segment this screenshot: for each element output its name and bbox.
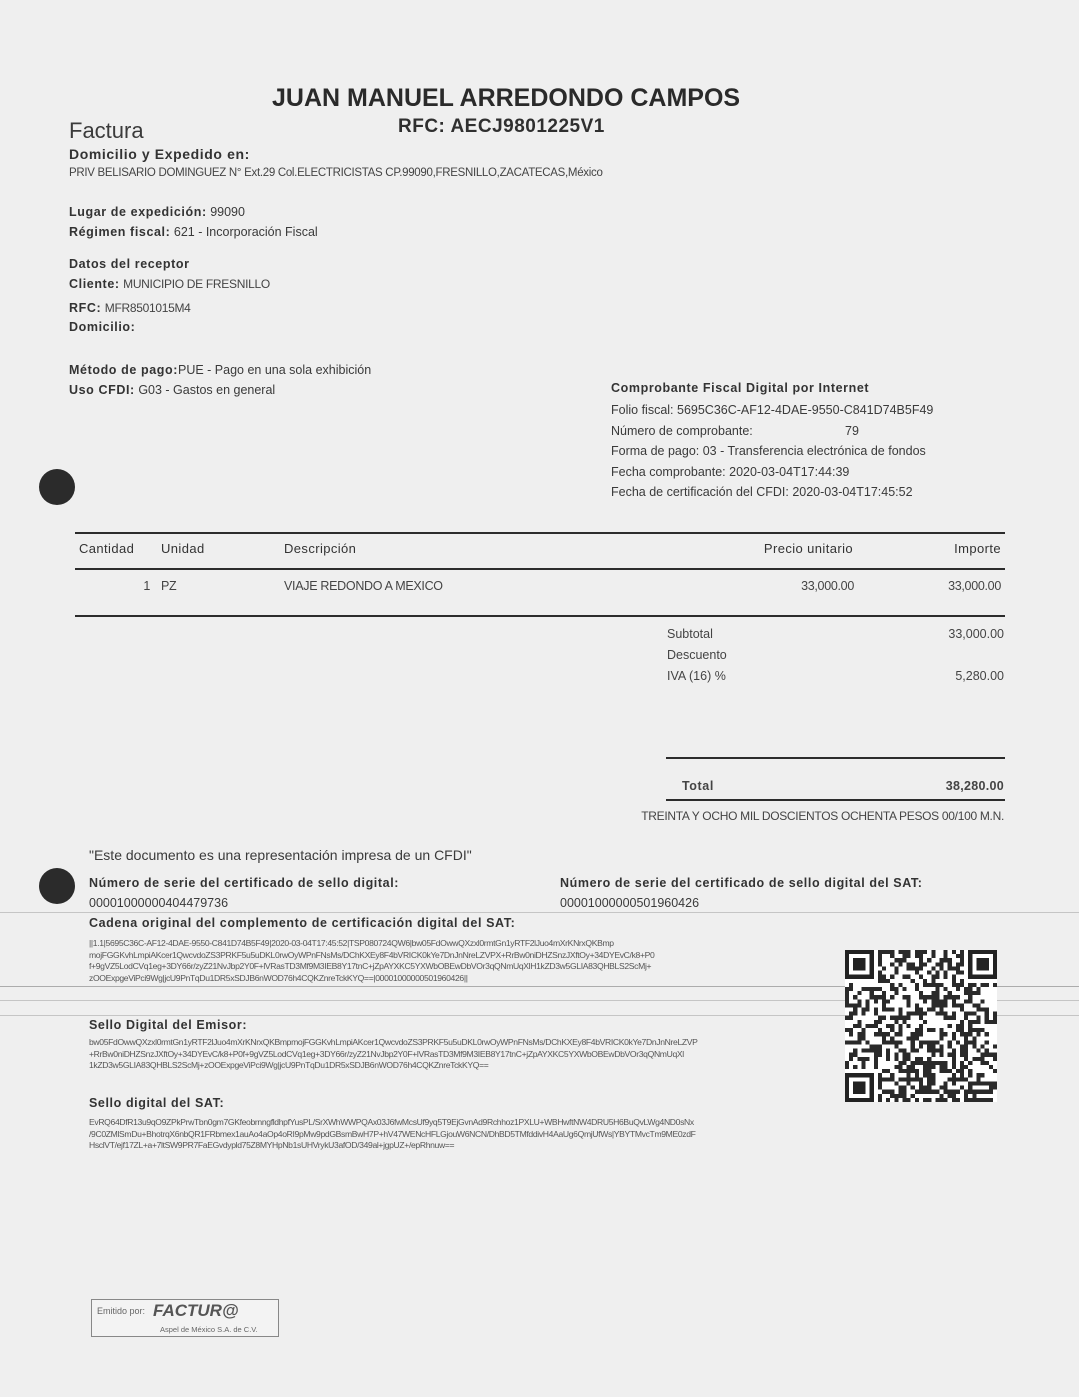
col-header-precio: Precio unitario (764, 541, 853, 556)
domicilio-value: PRIV BELISARIO DOMINGUEZ N° Ext.29 Col.E… (69, 167, 603, 179)
cert-value: 00001000000404479736 (89, 896, 228, 910)
cadena-label: Cadena original del complemento de certi… (89, 916, 515, 930)
cfdi-legend: "Este documento es una representación im… (89, 847, 472, 863)
cfdi-forma-pago: Forma de pago: 03 - Transferencia electr… (611, 444, 926, 458)
uso-value: G03 - Gastos en general (138, 383, 275, 397)
cliente-label: Cliente: (69, 277, 120, 291)
emitido-label: Emitido por: (97, 1306, 145, 1316)
cadena-line: mojFGGKvhLmpiAKcer1QwcvdoZS3PRKF5u5uDKL0… (89, 950, 654, 962)
emisor-rfc: RFC: AECJ9801225V1 (398, 116, 605, 138)
punch-hole-decoration (39, 469, 75, 505)
col-header-importe: Importe (954, 541, 1001, 556)
cert-sat-value: 00001000000501960426 (560, 896, 699, 910)
table-bottom-rule (75, 615, 1005, 617)
total-value: 38,280.00 (946, 779, 1004, 793)
emisor-name: JUAN MANUEL ARREDONDO CAMPOS (272, 84, 740, 113)
table-top-rule (75, 532, 1005, 534)
cell-cantidad: 1 (100, 579, 150, 593)
scan-artifact (0, 912, 1079, 913)
descuento-label: Descuento (667, 648, 727, 662)
cfdi-title: Comprobante Fiscal Digital por Internet (611, 381, 869, 395)
receptor-rfc-value: MFR8501015M4 (105, 301, 191, 315)
facture-sub: Aspel de México S.A. de C.V. (160, 1325, 258, 1334)
sello-emisor: bw05FdOwwQXzxl0rmtGn1yRTF2lJuo4mXrKNrxQK… (89, 1037, 698, 1072)
total-top-rule (666, 757, 1005, 759)
metodo-label: Método de pago: (69, 363, 178, 377)
cell-descripcion: VIAJE REDONDO A MEXICO (284, 579, 443, 593)
sello-emisor-line: bw05FdOwwQXzxl0rmtGn1yRTF2lJuo4mXrKNrxQK… (89, 1037, 698, 1049)
sello-sat-label: Sello digital del SAT: (89, 1096, 224, 1110)
cfdi-folio: Folio fiscal: 5695C36C-AF12-4DAE-9550-C8… (611, 403, 933, 417)
metodo-pago: Método de pago:PUE - Pago en una sola ex… (69, 363, 371, 377)
cert-sat-label: Número de serie del certificado de sello… (560, 876, 923, 890)
sello-emisor-line: +RrBw0niDHZSnzJXftOy+34DYEvC/k8+P0f+9gVZ… (89, 1049, 698, 1061)
receptor-cliente: Cliente: MUNICIPIO DE FRESNILLO (69, 277, 270, 291)
sello-sat: EvRQ64DfR13u9qO9ZPkPrwTbn0gm7GKfeobrnngf… (89, 1117, 696, 1152)
cfdi-numero-label: Número de comprobante: (611, 424, 753, 438)
facture-logo: FACTUR@ (153, 1301, 239, 1321)
receptor-rfc: RFC: MFR8501015M4 (69, 301, 191, 315)
regimen-label: Régimen fiscal: (69, 225, 170, 239)
sello-emisor-label: Sello Digital del Emisor: (89, 1018, 247, 1032)
sello-sat-line: HsclVT/ejf17ZL+a+7ltSW9PR7FaEGvdypld75Z8… (89, 1140, 696, 1152)
col-header-descripcion: Descripción (284, 541, 356, 556)
total-label: Total (682, 779, 714, 793)
uso-label: Uso CFDI: (69, 383, 135, 397)
table-header-rule (75, 568, 1005, 570)
col-header-cantidad: Cantidad (79, 541, 134, 556)
receptor-rfc-label: RFC: (69, 301, 101, 315)
cfdi-numero-value: 79 (845, 424, 859, 438)
lugar-label: Lugar de expedición: (69, 205, 207, 219)
lugar-expedicion: Lugar de expedición: 99090 (69, 205, 245, 219)
metodo-value: PUE - Pago en una sola exhibición (178, 363, 371, 377)
receptor-domicilio-label: Domicilio: (69, 320, 135, 334)
emitido-por-stamp: Emitido por: FACTUR@ Aspel de México S.A… (91, 1299, 279, 1337)
total-en-letra: TREINTA Y OCHO MIL DOSCIENTOS OCHENTA PE… (641, 809, 1004, 823)
subtotal-value: 33,000.00 (948, 627, 1004, 641)
cadena-line: zOOExpgeViPci9Wg|jcU9PnTqDu1DR5xSDJB6nWO… (89, 973, 654, 985)
cell-importe: 33,000.00 (948, 579, 1001, 593)
cfdi-fecha-cert: Fecha de certificación del CFDI: 2020-03… (611, 485, 913, 499)
cell-precio: 33,000.00 (801, 579, 854, 593)
cfdi-fecha: Fecha comprobante: 2020-03-04T17:44:39 (611, 465, 849, 479)
cliente-value: MUNICIPIO DE FRESNILLO (123, 277, 270, 291)
regimen-fiscal: Régimen fiscal: 621 - Incorporación Fisc… (69, 225, 318, 239)
subtotal-label: Subtotal (667, 627, 713, 641)
punch-hole-decoration (39, 868, 75, 904)
uso-cfdi: Uso CFDI: G03 - Gastos en general (69, 383, 275, 397)
cadena-original: ||1.1|5695C36C-AF12-4DAE-9550-C841D74B5F… (89, 938, 654, 984)
doc-type-title: Factura (69, 118, 144, 144)
cadena-line: ||1.1|5695C36C-AF12-4DAE-9550-C841D74B5F… (89, 938, 654, 950)
sello-sat-line: /9C0ZMlSmDu+BhotrqX6nbQR1FRbmex1auAo4aOp… (89, 1129, 696, 1141)
total-bottom-rule (666, 799, 1005, 801)
cell-unidad: PZ (161, 579, 176, 593)
qr-code-icon (845, 950, 997, 1102)
domicilio-label: Domicilio y Expedido en: (69, 146, 250, 162)
cert-label: Número de serie del certificado de sello… (89, 876, 399, 890)
iva-label: IVA (16) % (667, 669, 726, 683)
sello-sat-line: EvRQ64DfR13u9qO9ZPkPrwTbn0gm7GKfeobrnngf… (89, 1117, 696, 1129)
cadena-line: f+9gVZ5LodCVq1eg+3DY66r/zyZ21NvJbp2Y0F+l… (89, 961, 654, 973)
regimen-value: 621 - Incorporación Fiscal (174, 225, 318, 239)
lugar-value: 99090 (210, 205, 245, 219)
receptor-title: Datos del receptor (69, 257, 190, 271)
iva-value: 5,280.00 (955, 669, 1004, 683)
sello-emisor-line: 1kZD3w5GLIA83QHBLS2ScMj+zOOExpgeViPci9Wg… (89, 1060, 698, 1072)
col-header-unidad: Unidad (161, 541, 205, 556)
